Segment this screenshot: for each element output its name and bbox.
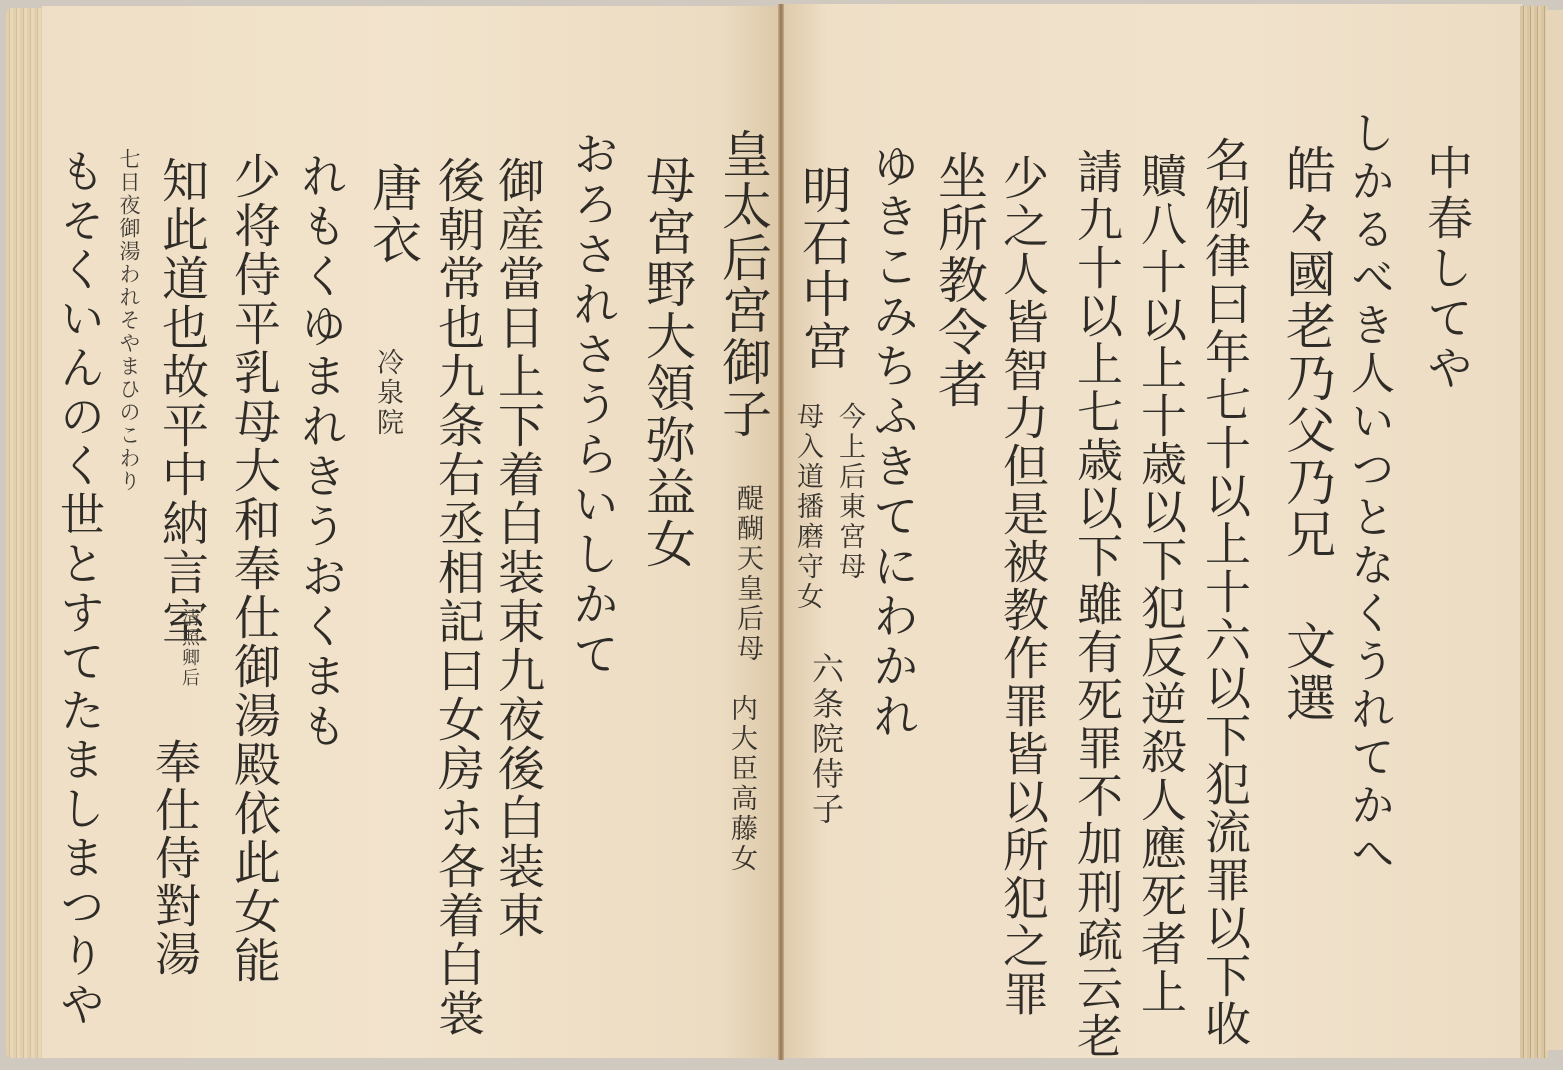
annotation-column: 醍醐天皇后母 (734, 484, 761, 664)
text-column: 後朝常也九条右丞相記曰女房ホ各着白裳 (434, 156, 481, 1038)
annotation-column: 冷泉院 (374, 348, 401, 438)
text-column: 請九十以上七歳以下雖有死罪不加刑疏云老 (1074, 148, 1120, 1060)
text-column: 母宮野大領弥益女 (642, 154, 692, 570)
text-column: 御産當日上下着白装束九夜後白装束 (494, 156, 541, 940)
text-column: しかるべき人いつとなくうれてかへ (1346, 110, 1390, 878)
text-column: 知此道也故平中納言室 (158, 156, 205, 646)
text-column: 唐衣 (368, 162, 418, 266)
annotation-column: 今上后東宮母 (836, 402, 863, 582)
left-page: 皇太后宮御子 醍醐天皇后母 内大臣高藤女 母宮野大領弥益女 おろされさうらいしか… (42, 6, 780, 1058)
annotation-column: 内大臣高藤女 (728, 694, 755, 874)
text-column: もそくいんのく世とすてたましまつりや (56, 148, 101, 1030)
text-column: 奉仕侍對湯 (152, 738, 198, 978)
text-column: 明石中宮 (798, 164, 848, 372)
text-column: 中春してや (1424, 144, 1470, 394)
text-column: 皇太后宮御子 (718, 128, 768, 440)
annotation-column: 六条院侍子 (810, 652, 842, 827)
text-column: れもくゆまれきうおくまも (298, 152, 344, 752)
right-page-edges (1520, 6, 1548, 1058)
annotation-column: 七日夜御湯われそやまひのこわり (118, 148, 139, 493)
annotation-column: 清照卿后 (180, 608, 198, 688)
text-column: 少之人皆智力但是被教作罪皆以所犯之罪 (1000, 154, 1046, 1018)
text-column: ゆきこみちふきてにわかれ (870, 142, 916, 742)
text-column: 名例律曰年七十以上十六以下犯流罪以下收 (1202, 136, 1248, 1048)
right-page: 中春してや しかるべき人いつとなくうれてかへ 皓々國老乃父乃兄 文選 名例律曰年… (784, 4, 1522, 1058)
next-page-edge (1546, 10, 1563, 1050)
text-column: 坐所教令者 (934, 150, 984, 410)
open-manuscript-book: 皇太后宮御子 醍醐天皇后母 内大臣高藤女 母宮野大領弥益女 おろされさうらいしか… (0, 0, 1563, 1070)
text-column: 贖八十以上十歳以下犯反逆殺人應死者上 (1138, 152, 1184, 1016)
text-column: 皓々國老乃父乃兄 文選 (1282, 144, 1332, 724)
text-column: 少将侍平乳母大和奉仕御湯殿依此女能 (230, 152, 277, 985)
annotation-column: 母入道播磨守女 (794, 402, 821, 612)
text-column: おろされさうらいしかて (570, 130, 616, 680)
left-page-edges (6, 8, 46, 1058)
